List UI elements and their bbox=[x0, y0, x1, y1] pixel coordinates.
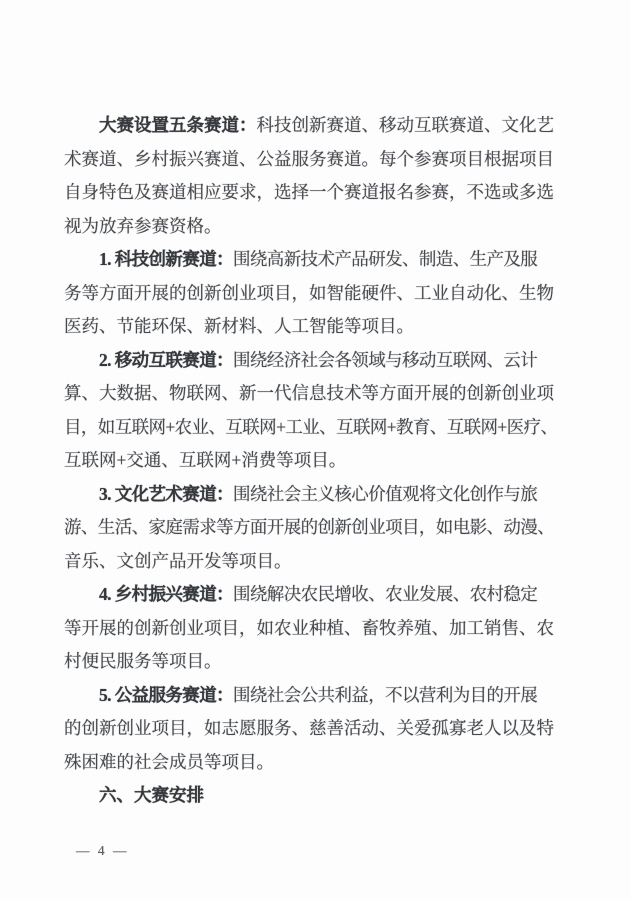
text-line: 5. 公益服务赛道：围绕社会公共利益，不以营利为目的开展 bbox=[64, 679, 560, 713]
text-line: 音乐、文创产品开发等项目。 bbox=[64, 545, 560, 579]
text-line: 村便民服务等项目。 bbox=[64, 645, 560, 679]
text-line: 视为放弃参赛资格。 bbox=[64, 210, 560, 244]
bold-lead: 2. 移动互联赛道： bbox=[99, 350, 233, 370]
document-page: 大赛设置五条赛道：科技创新赛道、移动互联赛道、文化艺术赛道、乡村振兴赛道、公益服… bbox=[0, 0, 631, 900]
bold-lead: 3. 文化艺术赛道： bbox=[99, 484, 233, 504]
page-number: — 4 — bbox=[76, 843, 129, 859]
bold-lead: 4. 乡村振兴赛道： bbox=[99, 584, 233, 604]
text-line: 大赛设置五条赛道：科技创新赛道、移动互联赛道、文化艺 bbox=[64, 109, 560, 143]
bold-lead: 大赛设置五条赛道： bbox=[99, 115, 257, 135]
bold-lead: 1. 科技创新赛道： bbox=[99, 249, 233, 269]
text-line: 的创新创业项目，如志愿服务、慈善活动、关爱孤寡老人以及特 bbox=[64, 712, 560, 746]
text-line: 术赛道、乡村振兴赛道、公益服务赛道。每个参赛项目根据项目 bbox=[64, 143, 560, 177]
text-line: 3. 文化艺术赛道：围绕社会主义核心价值观将文化创作与旅 bbox=[64, 478, 560, 512]
text-line: 殊困难的社会成员等项目。 bbox=[64, 746, 560, 780]
section-heading: 六、大赛安排 bbox=[64, 779, 560, 813]
text-line: 医药、节能环保、新材料、人工智能等项目。 bbox=[64, 310, 560, 344]
text-line: 自身特色及赛道相应要求，选择一个赛道报名参赛，不选或多选 bbox=[64, 176, 560, 210]
text-line: 游、生活、家庭需求等方面开展的创新创业项目，如电影、动漫、 bbox=[64, 511, 560, 545]
document-body: 大赛设置五条赛道：科技创新赛道、移动互联赛道、文化艺术赛道、乡村振兴赛道、公益服… bbox=[64, 109, 560, 813]
text-line: 务等方面开展的创新创业项目，如智能硬件、工业自动化、生物 bbox=[64, 277, 560, 311]
text-line: 4. 乡村振兴赛道：围绕解决农民增收、农业发展、农村稳定 bbox=[64, 578, 560, 612]
text-line: 目，如互联网+农业、互联网+工业、互联网+教育、互联网+医疗、 bbox=[64, 411, 560, 445]
text-line: 等开展的创新创业项目，如农业种植、畜牧养殖、加工销售、农 bbox=[64, 612, 560, 646]
text-line: 互联网+交通、互联网+消费等项目。 bbox=[64, 444, 560, 478]
text-line: 2. 移动互联赛道：围绕经济社会各领域与移动互联网、云计 bbox=[64, 344, 560, 378]
bold-lead: 5. 公益服务赛道： bbox=[99, 685, 233, 705]
text-line: 算、大数据、物联网、新一代信息技术等方面开展的创新创业项 bbox=[64, 377, 560, 411]
text-line: 1. 科技创新赛道：围绕高新技术产品研发、制造、生产及服 bbox=[64, 243, 560, 277]
